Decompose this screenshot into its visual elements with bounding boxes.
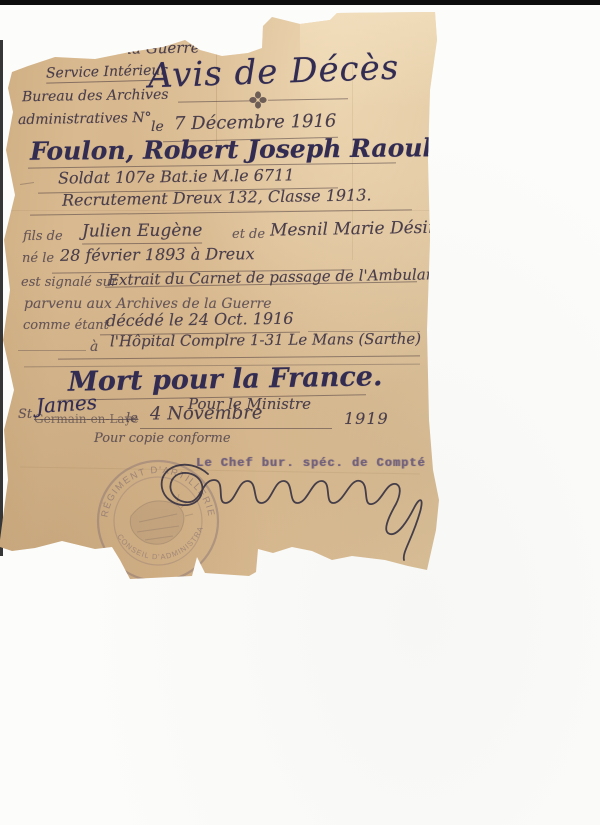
leader-dash xyxy=(20,182,34,185)
deceased-name: Foulon, Robert Joseph Raoul, xyxy=(30,133,441,166)
as-being-label: comme étant xyxy=(23,318,109,333)
place-rule xyxy=(58,355,420,359)
father-name: Julien Eugène xyxy=(82,220,203,244)
place-leader xyxy=(18,350,86,351)
date-prefix: le xyxy=(151,119,164,135)
place-label: à xyxy=(90,339,98,355)
certified-copy-line: Pour copie conforme xyxy=(94,431,231,446)
recruitment-line: Recrutement Dreux 132, Classe 1913. xyxy=(62,185,372,209)
bureau-heading-2: administratives N° xyxy=(18,110,152,128)
closing-date: 4 Novembre xyxy=(150,403,263,425)
quatrefoil-ornament-icon xyxy=(249,91,267,109)
death-line: décédé le 24 Oct. 1916 xyxy=(106,309,294,331)
mention-mort-pour-la-france: Mort pour la France. xyxy=(68,361,383,397)
closing-date-rule xyxy=(140,428,332,429)
corrected-place-name: James xyxy=(35,390,98,418)
closing-year: 1919 xyxy=(344,409,389,428)
document-paper: Ministère de la Guerre Service Intérieur… xyxy=(0,0,445,596)
notice-date: 7 Décembre 1916 xyxy=(174,111,337,135)
rank-line: Soldat 107e Bat.ie M.le 6711 xyxy=(58,165,295,187)
scanned-document: Ministère de la Guerre Service Intérieur… xyxy=(0,0,600,825)
death-place: l'Hôpital Complre 1-31 Le Mans (Sarthe) xyxy=(110,330,421,351)
signature-flourish xyxy=(128,452,448,582)
reported-label: est signalé sur xyxy=(21,275,117,290)
and-of-label: et de xyxy=(232,227,265,242)
closing-date-prefix: le xyxy=(126,411,138,426)
birth-line: 28 février 1893 à Dreux xyxy=(60,244,255,265)
bureau-heading: Bureau des Archives xyxy=(22,87,169,106)
scanner-edge-left xyxy=(0,40,3,556)
scanner-edge-top xyxy=(0,0,600,5)
mother-name: Mesnil Marie Désirée xyxy=(270,217,456,240)
born-label: né le xyxy=(22,251,54,266)
place-prefix: St xyxy=(18,407,32,422)
filiation-label: fils de xyxy=(23,229,63,244)
title-rule xyxy=(178,100,250,102)
